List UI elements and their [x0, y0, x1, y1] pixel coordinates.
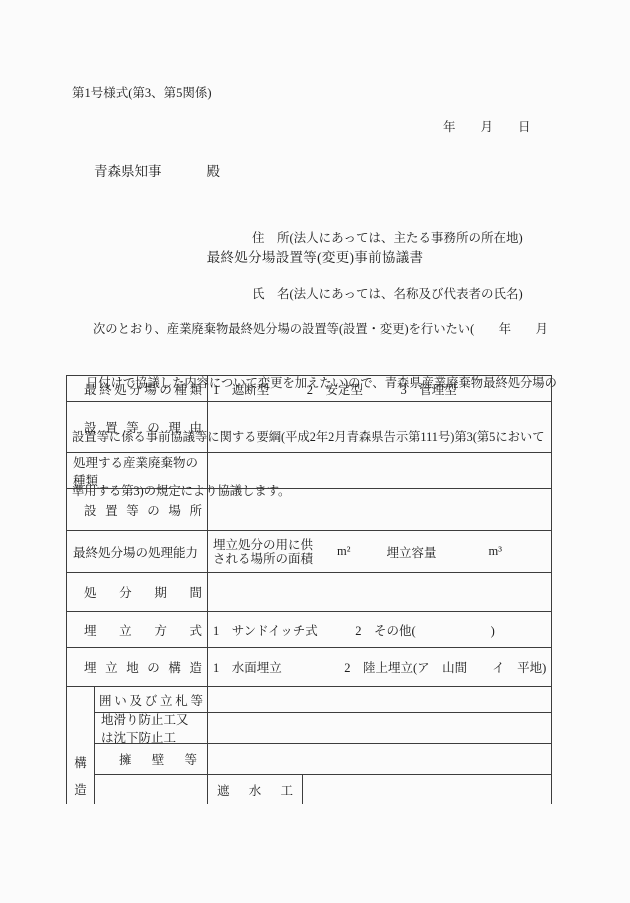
table-row: 処理する産業廃棄物の 種類	[67, 453, 551, 489]
table-row: 処分期間	[67, 573, 551, 612]
value-enclosure-signs	[208, 687, 551, 712]
date-placeholder: 年 月 日	[443, 117, 531, 135]
value-landfill-method: 1 サンドイッチ式 2 その他( )	[208, 612, 551, 647]
landfill-area-label: 埋立処分の用に供 される場所の面積	[213, 538, 313, 566]
label-disposal-site-type: 最終処分場の種類	[67, 376, 208, 401]
table-row: 設置等の場所	[67, 489, 551, 531]
area-unit: m²	[337, 544, 350, 559]
table-row: 最終処分場の種類 1 遮断型 2 安定型 3 管理型	[67, 376, 551, 402]
landfill-volume-label: 埋立容量	[387, 543, 437, 561]
label-water-barrier: 遮水工	[208, 775, 303, 804]
value-processing-capacity: 埋立処分の用に供 される場所の面積 m² 埋立容量 m³	[208, 531, 551, 572]
value-disposal-period	[208, 573, 551, 611]
honorific: 殿	[207, 164, 221, 179]
form-number: 第1号様式(第3、第5関係)	[72, 83, 212, 101]
table-row: 埋立地の構造 1 水面埋立 2 陸上埋立(ア 山間 イ 平地)	[67, 648, 551, 687]
table-row: 最終処分場の処理能力 埋立処分の用に供 される場所の面積 m² 埋立容量 m³	[67, 531, 551, 573]
table-subrow: 地滑り防止工又 は沈下防止工	[95, 713, 551, 744]
label-processing-capacity: 最終処分場の処理能力	[67, 531, 208, 572]
value-landfill-structure: 1 水面埋立 2 陸上埋立(ア 山間 イ 平地)	[208, 648, 551, 686]
structure-sub-rows: 囲い及び立札等 地滑り防止工又 は沈下防止工 擁壁等 遮水工	[95, 687, 551, 804]
table-row: 設置等の理由	[67, 402, 551, 453]
structure-group-row: 構 造 囲い及び立札等 地滑り防止工又 は沈下防止工 擁壁等 遮水工	[67, 687, 551, 804]
label-landfill-structure: 埋立地の構造	[67, 648, 208, 686]
label-installation-reason: 設置等の理由	[67, 402, 208, 452]
addressee-name: 青森県知事	[94, 164, 162, 179]
label-empty-sub	[95, 775, 208, 804]
value-installation-place	[208, 489, 551, 530]
value-installation-reason	[208, 402, 551, 452]
value-retaining-wall	[208, 744, 551, 774]
label-waste-types: 処理する産業廃棄物の 種類	[67, 453, 208, 488]
value-disposal-site-type: 1 遮断型 2 安定型 3 管理型	[208, 376, 551, 401]
label-enclosure-signs: 囲い及び立札等	[95, 687, 208, 712]
document-page: 第1号様式(第3、第5関係) 年 月 日 青森県知事殿 住 所(法人にあっては、…	[0, 0, 630, 903]
label-landfill-method: 埋立方式	[67, 612, 208, 647]
label-installation-place: 設置等の場所	[67, 489, 208, 530]
value-waste-types	[208, 453, 551, 488]
table-row: 埋立方式 1 サンドイッチ式 2 その他( )	[67, 612, 551, 648]
structure-group-label: 構 造	[67, 687, 95, 804]
label-retaining-wall: 擁壁等	[95, 744, 208, 774]
table-subrow: 擁壁等	[95, 744, 551, 775]
addressee-line: 青森県知事殿	[94, 160, 220, 180]
paragraph-line: 次のとおり、産業廃棄物最終処分場の設置等(設置・変更)を行いたい( 年 月	[72, 320, 557, 338]
value-water-barrier	[303, 775, 551, 804]
label-disposal-period: 処分期間	[67, 573, 208, 611]
label-landslide-prevention: 地滑り防止工又 は沈下防止工	[95, 713, 208, 743]
volume-unit: m³	[489, 544, 502, 559]
address-note-line: 住 所(法人にあっては、主たる事務所の所在地)	[252, 229, 523, 248]
value-landslide-prevention	[208, 713, 551, 743]
table-subrow: 遮水工	[95, 775, 551, 804]
document-title: 最終処分場設置等(変更)事前協議書	[0, 246, 630, 266]
consultation-form-table: 最終処分場の種類 1 遮断型 2 安定型 3 管理型 設置等の理由 処理する産業…	[66, 375, 552, 804]
